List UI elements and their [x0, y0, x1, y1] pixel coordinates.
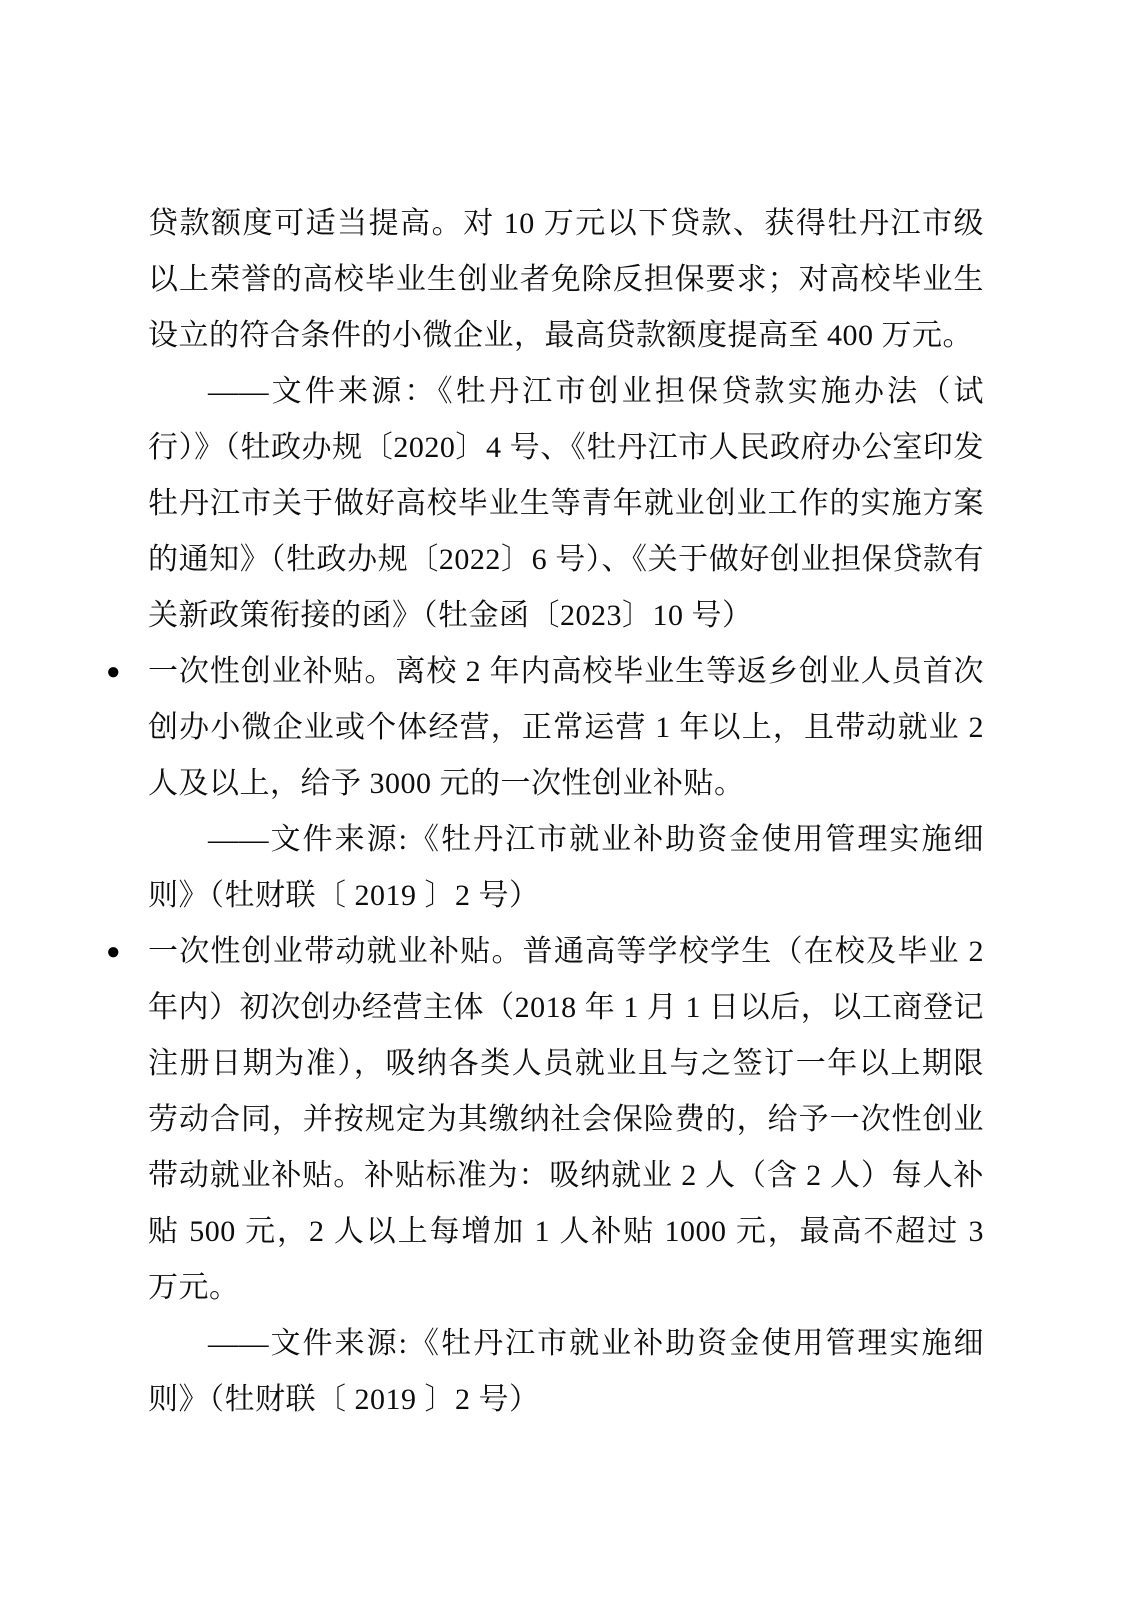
document-page: 贷款额度可适当提高。对 10 万元以下贷款、获得牡丹江市级以上荣誉的高校毕业生创…: [0, 0, 1131, 1600]
bullet-item-job-creation-subsidy: ● 一次性创业带动就业补贴。普通高等学校学生（在校及毕业 2 年内）初次创办经营…: [148, 924, 984, 1316]
bullet-item-one-time-startup-subsidy: ● 一次性创业补贴。离校 2 年内高校毕业生等返乡创业人员首次创办小微企业或个体…: [148, 644, 984, 812]
paragraph-loan-policy: 贷款额度可适当提高。对 10 万元以下贷款、获得牡丹江市级以上荣誉的高校毕业生创…: [148, 196, 984, 364]
document-content: 贷款额度可适当提高。对 10 万元以下贷款、获得牡丹江市级以上荣誉的高校毕业生创…: [148, 196, 984, 1428]
bullet-text-one-time-startup-subsidy: 一次性创业补贴。离校 2 年内高校毕业生等返乡创业人员首次创办小微企业或个体经营…: [148, 644, 984, 812]
source-citation-loan-policy: ——文件来源：《牡丹江市创业担保贷款实施办法（试行）》（牡政办规〔2020〕4 …: [148, 364, 984, 644]
bullet-icon: ●: [106, 924, 121, 980]
source-citation-job-creation-subsidy: ——文件来源:《牡丹江市就业补助资金使用管理实施细则》（牡财联〔 2019 〕2…: [148, 1316, 984, 1428]
bullet-icon: ●: [106, 644, 121, 700]
bullet-text-job-creation-subsidy: 一次性创业带动就业补贴。普通高等学校学生（在校及毕业 2 年内）初次创办经营主体…: [148, 924, 984, 1316]
source-citation-startup-subsidy: ——文件来源:《牡丹江市就业补助资金使用管理实施细则》（牡财联〔 2019 〕2…: [148, 812, 984, 924]
